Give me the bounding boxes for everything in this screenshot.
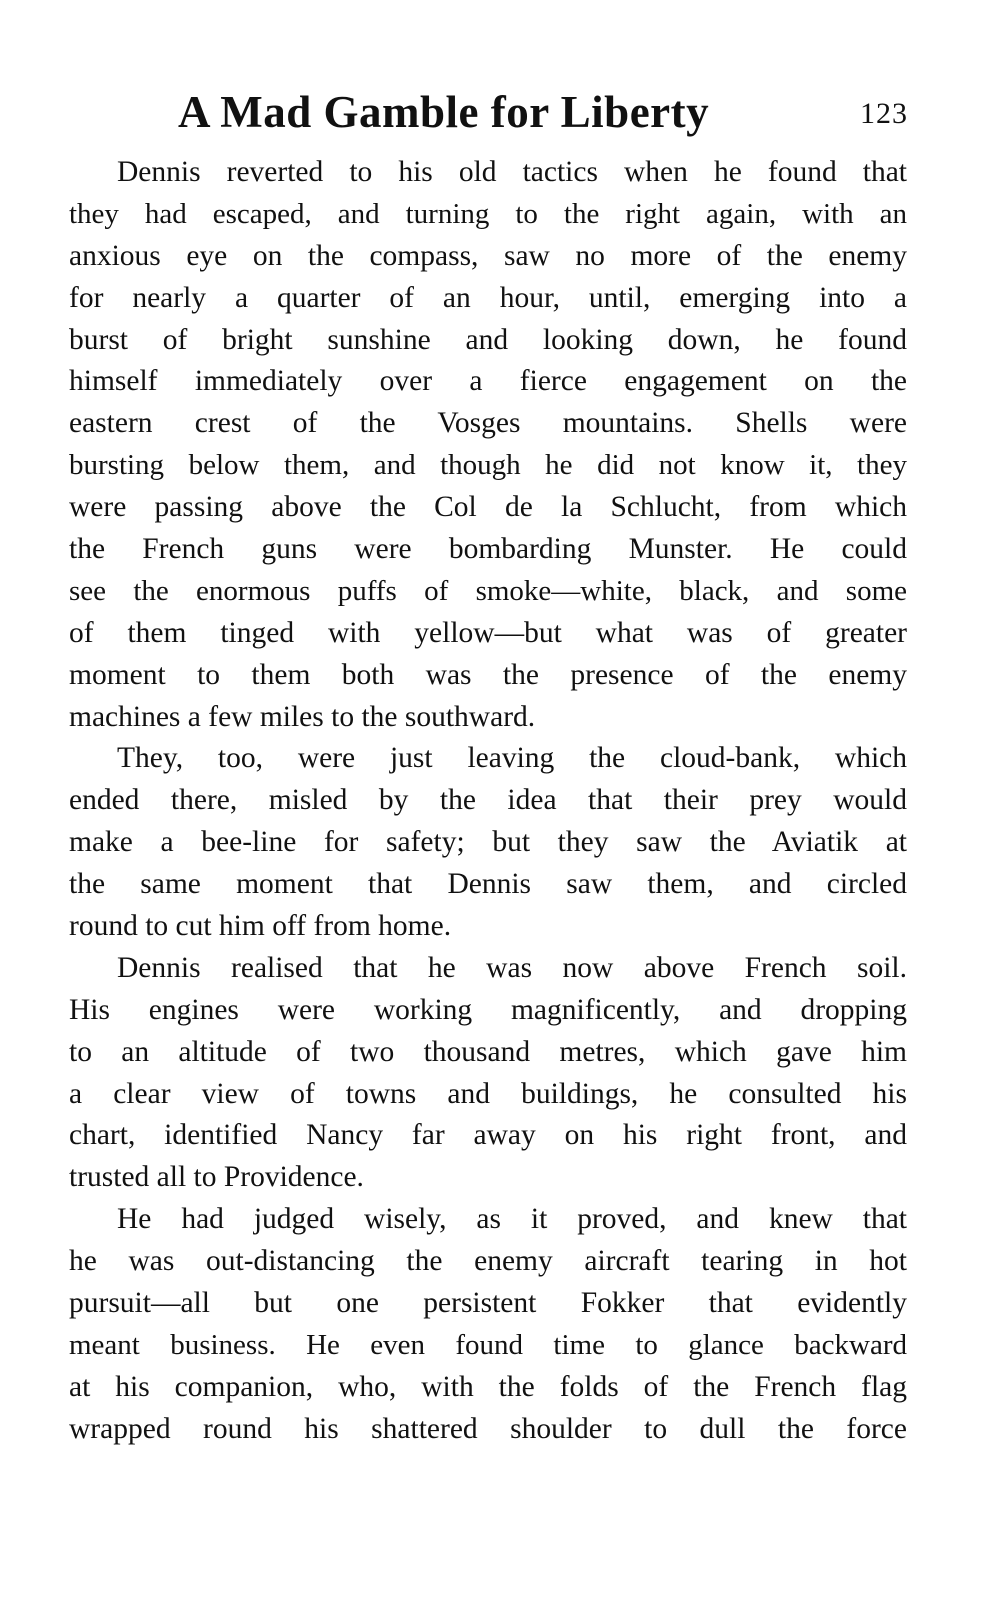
- text-line: he was out-distancing the enemy aircraft…: [69, 1241, 907, 1283]
- paragraph: Dennis reverted to his old tactics when …: [69, 152, 907, 738]
- text-line: were passing above the Col de la Schluch…: [69, 487, 907, 529]
- book-page: A Mad Gamble for Liberty 123 Dennis reve…: [0, 0, 1000, 1605]
- text-line: the French guns were bombarding Munster.…: [69, 529, 907, 571]
- text-line: himself immediately over a fierce engage…: [69, 361, 907, 403]
- paragraph: Dennis realised that he was now above Fr…: [69, 948, 907, 1199]
- text-line: Dennis reverted to his old tactics when …: [69, 152, 907, 194]
- text-line: eastern crest of the Vosges mountains. S…: [69, 403, 907, 445]
- text-line: to an altitude of two thousand metres, w…: [69, 1032, 907, 1074]
- text-line: the same moment that Dennis saw them, an…: [69, 864, 907, 906]
- text-line: wrapped round his shattered shoulder to …: [69, 1409, 907, 1451]
- text-line: burst of bright sunshine and looking dow…: [69, 320, 907, 362]
- text-line: ended there, misled by the idea that the…: [69, 780, 907, 822]
- text-line: pursuit—all but one persistent Fokker th…: [69, 1283, 907, 1325]
- text-line: bursting below them, and though he did n…: [69, 445, 907, 487]
- text-line: machines a few miles to the southward.: [69, 697, 907, 739]
- text-line: at his companion, who, with the folds of…: [69, 1367, 907, 1409]
- text-line: make a bee-line for safety; but they saw…: [69, 822, 907, 864]
- text-line: meant business. He even found time to gl…: [69, 1325, 907, 1367]
- page-number: 123: [860, 92, 908, 136]
- text-line: for nearly a quarter of an hour, until, …: [69, 278, 907, 320]
- text-line: They, too, were just leaving the cloud-b…: [69, 738, 907, 780]
- paragraph: He had judged wisely, as it proved, and …: [69, 1199, 907, 1450]
- text-line: round to cut him off from home.: [69, 906, 907, 948]
- text-line: see the enormous puffs of smoke—white, b…: [69, 571, 907, 613]
- text-line: His engines were working magnificently, …: [69, 990, 907, 1032]
- running-title: A Mad Gamble for Liberty: [178, 84, 709, 140]
- paragraph: They, too, were just leaving the cloud-b…: [69, 738, 907, 947]
- text-line: of them tinged with yellow—but what was …: [69, 613, 907, 655]
- text-line: chart, identified Nancy far away on his …: [69, 1115, 907, 1157]
- running-head: A Mad Gamble for Liberty 123: [70, 84, 908, 140]
- text-line: He had judged wisely, as it proved, and …: [69, 1199, 907, 1241]
- text-line: they had escaped, and turning to the rig…: [69, 194, 907, 236]
- body-text: Dennis reverted to his old tactics when …: [69, 152, 907, 1451]
- text-line: trusted all to Providence.: [69, 1157, 907, 1199]
- text-line: a clear view of towns and buildings, he …: [69, 1074, 907, 1116]
- text-line: anxious eye on the compass, saw no more …: [69, 236, 907, 278]
- text-line: Dennis realised that he was now above Fr…: [69, 948, 907, 990]
- text-line: moment to them both was the presence of …: [69, 655, 907, 697]
